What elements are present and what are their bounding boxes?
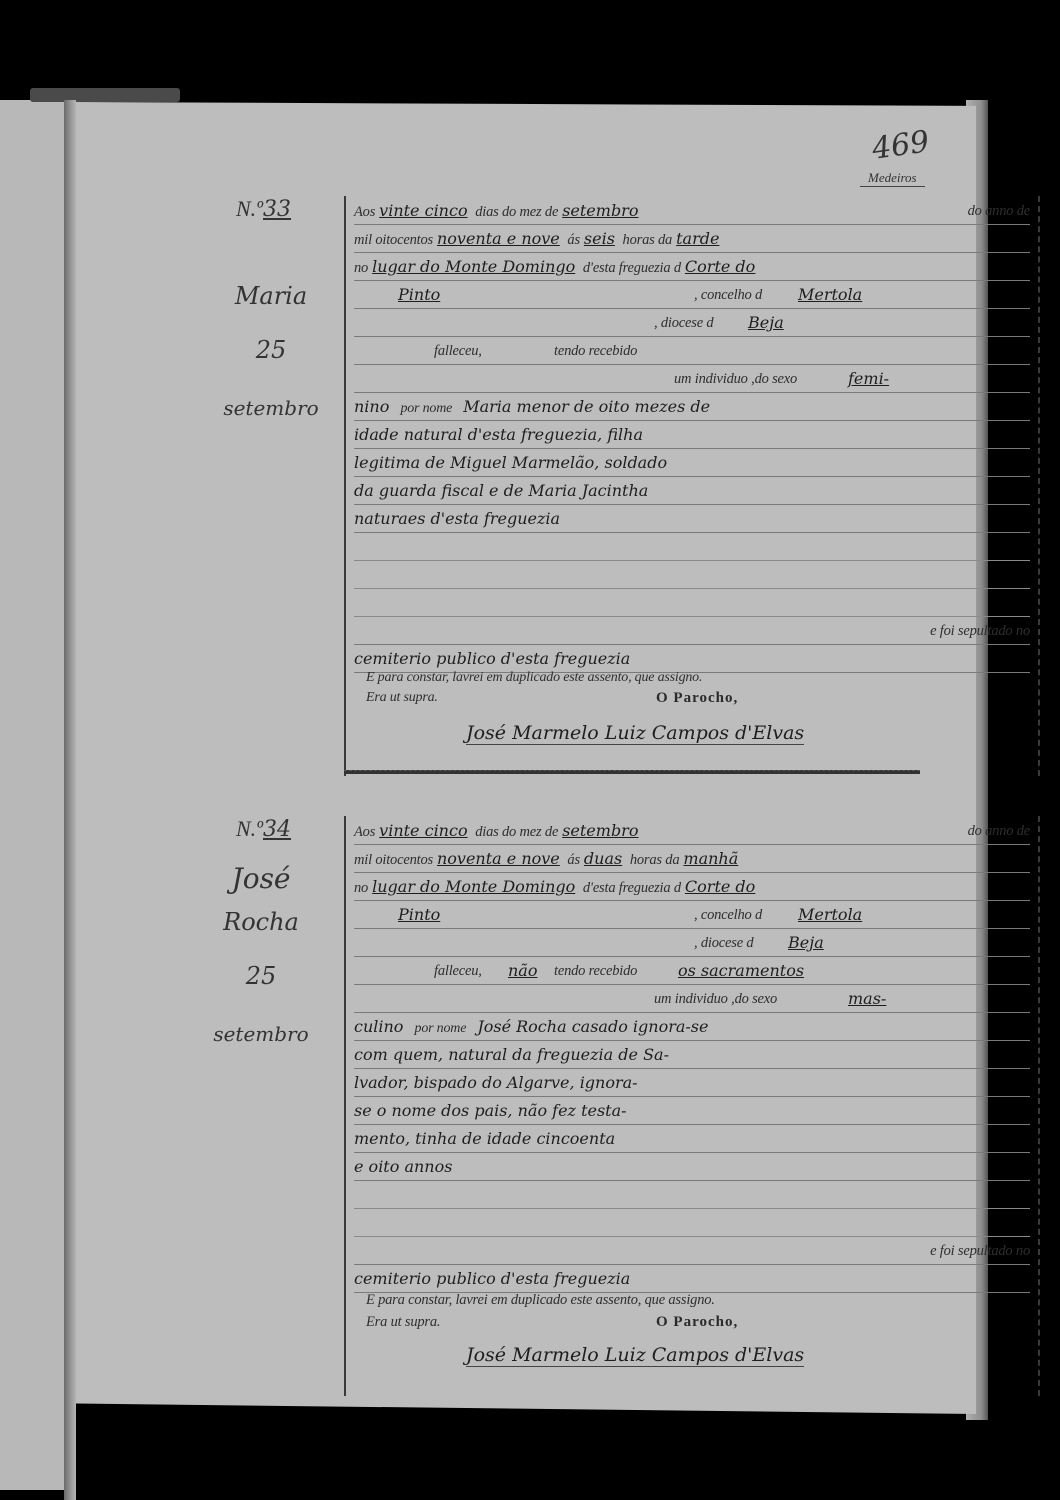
left-page-edge bbox=[0, 100, 66, 1490]
era-ut-supra: Era ut supra. bbox=[366, 690, 438, 706]
form-line-place: nolugar do Monte Domingo d'esta freguezi… bbox=[354, 876, 1030, 901]
entry-number: N.º34 bbox=[236, 816, 291, 842]
form-line-date: Aosvinte cinco dias do mez desetembro do… bbox=[354, 820, 1030, 845]
narrative-line: com quem, natural da freguezia de Sa- bbox=[354, 1044, 1030, 1069]
entry-box: Aosvinte cinco dias do mez desetembro do… bbox=[344, 196, 1040, 776]
form-line-sex: um individuo ,do sexo femi- bbox=[354, 368, 1030, 393]
narrative-line: legitima de Miguel Marmelão, soldado bbox=[354, 452, 1030, 477]
blank-line bbox=[354, 564, 1030, 589]
narrative-line: da guarda fiscal e de Maria Jacintha bbox=[354, 480, 1030, 505]
form-line-falleceu: falleceu, não tendo recebido os sacramen… bbox=[354, 960, 1030, 985]
form-line-burial: e foi sepultado no bbox=[354, 620, 1030, 645]
blank-line bbox=[354, 536, 1030, 561]
era-ut-supra: Era ut supra. bbox=[366, 1314, 440, 1331]
form-line-sex: um individuo ,do sexo mas- bbox=[354, 988, 1030, 1013]
parocho-label: O Parocho, bbox=[656, 690, 738, 707]
form-line-burial: e foi sepultado no bbox=[354, 1240, 1030, 1265]
death-record-entry: N.º33 Maria 25 setembro Aosvinte cinco d… bbox=[126, 196, 816, 776]
form-line-place: nolugar do Monte Domingo d'esta freguezi… bbox=[354, 256, 1030, 281]
closing-formula: E para constar, lavrei em duplicado este… bbox=[366, 670, 702, 686]
narrative-line: e oito annos bbox=[354, 1156, 1030, 1181]
entry-box: Aosvinte cinco dias do mez desetembro do… bbox=[344, 816, 1040, 1396]
entry-margin: N.º34 José Rocha 25 setembro bbox=[126, 816, 234, 1396]
book-gutter bbox=[64, 100, 76, 1500]
entry-margin: N.º33 Maria 25 setembro bbox=[126, 196, 234, 776]
death-record-entry: N.º34 José Rocha 25 setembro Aosvinte ci… bbox=[126, 816, 816, 1396]
narrative-line: idade natural d'esta freguezia, filha bbox=[354, 424, 1030, 449]
form-line-year: mil oitocentosnoventa e nove ásseis hora… bbox=[354, 228, 1030, 253]
blank-line bbox=[354, 592, 1030, 617]
closing-formula: E para constar, lavrei em duplicado este… bbox=[366, 1292, 715, 1309]
entry-number: N.º33 bbox=[236, 196, 291, 222]
margin-month: setembro bbox=[206, 1022, 316, 1046]
form-line-diocese: , diocese d Beja bbox=[354, 932, 1030, 957]
priest-signature: José Marmelo Luiz Campos d'Elvas bbox=[466, 1344, 804, 1367]
margin-surname: Rocha bbox=[206, 908, 316, 936]
margin-day: 25 bbox=[206, 962, 316, 990]
form-line-diocese: , diocese d Beja bbox=[354, 312, 1030, 337]
form-line-concelho: Pinto , concelho d Mertola bbox=[354, 284, 1030, 309]
form-line-date: Aosvinte cinco dias do mez desetembro do… bbox=[354, 200, 1030, 225]
blank-line bbox=[354, 1212, 1030, 1237]
form-line-falleceu: falleceu, tendo recebido bbox=[354, 340, 1030, 365]
form-line-year: mil oitocentosnoventa e nove ásduas hora… bbox=[354, 848, 1030, 873]
narrative-line: naturaes d'esta freguezia bbox=[354, 508, 1030, 533]
narrative-line: lvador, bispado do Algarve, ignora- bbox=[354, 1072, 1030, 1097]
margin-name: José bbox=[206, 862, 316, 895]
narrative-line: se o nome dos pais, não fez testa- bbox=[354, 1100, 1030, 1125]
form-line-name: nino por nome Maria menor de oito mezes … bbox=[354, 396, 1030, 421]
margin-month: setembro bbox=[216, 396, 326, 420]
book-binding-top bbox=[30, 88, 180, 102]
burial-place: cemiterio publico d'esta freguezia bbox=[354, 1268, 1030, 1293]
priest-signature: José Marmelo Luiz Campos d'Elvas bbox=[466, 722, 804, 745]
parocho-label: O Parocho, bbox=[656, 1314, 738, 1331]
margin-day: 25 bbox=[216, 336, 326, 364]
blank-line bbox=[354, 1184, 1030, 1209]
margin-name: Maria bbox=[216, 282, 326, 310]
narrative-line: mento, tinha de idade cincoenta bbox=[354, 1128, 1030, 1153]
folio-rubric: Medeiros bbox=[860, 170, 925, 187]
form-line-name: culino por nome José Rocha casado ignora… bbox=[354, 1016, 1030, 1041]
entry-divider bbox=[344, 770, 920, 774]
form-line-concelho: Pinto , concelho d Mertola bbox=[354, 904, 1030, 929]
